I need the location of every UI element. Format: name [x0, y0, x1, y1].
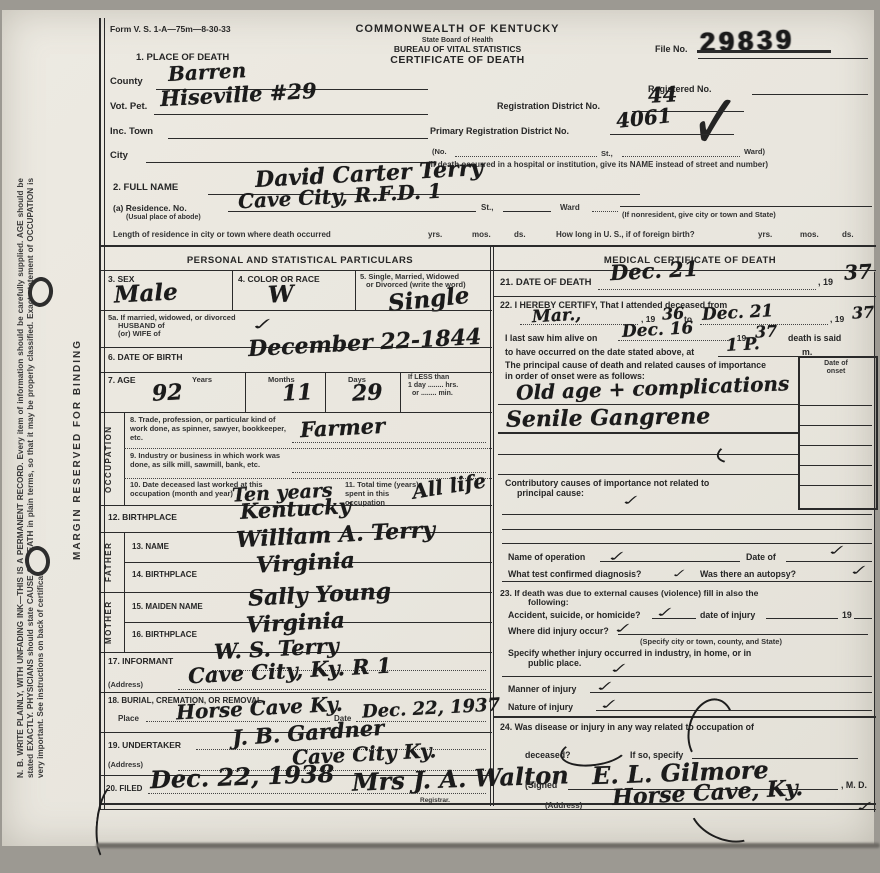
left-margin-rotated-text: N. B. WRITE PLAINLY, WITH UNFADING INK—T…: [14, 22, 106, 838]
manner-label: Manner of injury: [508, 684, 576, 694]
titles-underline: [100, 270, 876, 271]
occurred-label: to have occurred on the date stated abov…: [505, 347, 694, 357]
nonresident-note: (If nonresident, give city or town and S…: [622, 210, 776, 219]
trade-label: 8. Trade, profession, or particular kind…: [130, 415, 295, 442]
row6-bottom-line: [100, 372, 492, 373]
residence-ward-label: Ward: [560, 203, 580, 212]
manner-line: [590, 692, 872, 693]
blank-line-2: [502, 529, 872, 530]
attended-to-year: 37: [852, 302, 875, 322]
injury-date-label: date of injury: [700, 610, 755, 620]
operation-label: Name of operation: [508, 552, 585, 562]
injury-year-line: [854, 618, 872, 619]
us-mos: mos.: [800, 230, 819, 239]
specify-line: [502, 676, 872, 677]
file-no-stamp-strike: [697, 50, 831, 53]
inc-town-line: [168, 138, 428, 139]
onset-label-2: onset: [800, 368, 872, 375]
age-label: 7. AGE: [108, 375, 136, 385]
us-length-label: How long in U. S., if of foreign birth?: [556, 230, 695, 239]
city-st-line: [622, 156, 740, 157]
form-number: Form V. S. 1-A—75m—8-30-33: [110, 24, 231, 34]
father-name-label: 13. NAME: [132, 542, 169, 551]
test-row-line: [502, 581, 872, 582]
father-side-label: FATHER: [104, 534, 113, 590]
principal-cause-label-1: The principal cause of death and related…: [505, 360, 766, 370]
spouse-label-3: (or) WIFE of: [118, 329, 161, 338]
undertaker-label: 19. UNDERTAKER: [108, 740, 181, 750]
hour-value: 1 P.: [725, 334, 760, 356]
us-yrs: yrs.: [758, 230, 772, 239]
inc-town-label: Inc. Town: [110, 126, 153, 137]
residence-ward-line: [592, 211, 618, 212]
us-ds: ds.: [842, 230, 854, 239]
if-less-label-3: or ........ min.: [412, 390, 453, 397]
nonresident-line: [620, 206, 872, 207]
form-bottom-line-1: [100, 803, 876, 805]
undertaker-address-label: (Address): [108, 760, 143, 769]
vot-pet-label: Vot. Pet.: [110, 101, 147, 112]
where-injury-label: Where did injury occur?: [508, 626, 609, 636]
signed-label: (Signed: [525, 780, 557, 790]
date-of-onset-box: [798, 356, 878, 510]
onset-line-5: [800, 485, 872, 486]
specify-label-1: Specify whether injury occurred in indus…: [508, 648, 751, 658]
date-of-death-label: 21. DATE OF DEATH: [500, 277, 592, 288]
abode-note: (Usual place of abode): [126, 214, 201, 221]
row3-bottom-line: [100, 310, 492, 311]
filed-line: [148, 793, 486, 794]
father-bp-label: 14. BIRTHPLACE: [132, 570, 197, 579]
nature-label: Nature of injury: [508, 702, 573, 712]
accident-label: Accident, suicide, or homicide?: [508, 610, 640, 620]
hospital-note: (If death occurred in a hospital or inst…: [428, 160, 876, 169]
row8-divider: [124, 448, 492, 449]
race-marital-divider: [355, 270, 356, 310]
informant-address-label: (Address): [108, 680, 143, 689]
operation-line: [600, 561, 740, 562]
where-line: [618, 634, 868, 635]
onset-line-4: [800, 465, 872, 466]
father-bp-value: Virginia: [255, 547, 355, 578]
age-months-value: 11: [281, 379, 313, 407]
onset-line-3: [800, 445, 872, 446]
bureau-subtitle: BUREAU OF VITAL STATISTICS: [330, 44, 585, 54]
primary-district-line: [610, 134, 734, 135]
dob-label: 6. DATE OF BIRTH: [108, 352, 182, 362]
informant-label: 17. INFORMANT: [108, 656, 173, 666]
date-of-death-value: Dec. 21: [609, 256, 698, 286]
onset-line-2: [800, 425, 872, 426]
margin-binding-note: MARGIN RESERVED FOR BINDING: [72, 339, 83, 560]
specify-label-2: public place.: [528, 658, 581, 668]
residence-st-line: [503, 211, 551, 212]
column-divider-inner: [493, 246, 494, 806]
last-saw-label: I last saw him alive on: [505, 333, 597, 343]
occupation-inner-divider: [124, 412, 125, 505]
blank-line-3: [502, 543, 872, 544]
row17-bottom-line: [100, 692, 492, 693]
trade-value: Farmer: [299, 413, 385, 442]
commonwealth-title: COMMONWEALTH OF KENTUCKY: [330, 23, 585, 35]
file-no-line: [698, 58, 868, 59]
city-label: City: [110, 150, 128, 161]
contributory-label-2: principal cause:: [517, 488, 584, 498]
form-right-border: [874, 272, 875, 812]
if-less-label-2: 1 day ........ hrs.: [408, 382, 458, 389]
autopsy-label: Was there an autopsy?: [700, 569, 796, 579]
reg-district-label: Registration District No.: [497, 101, 600, 111]
accident-line: [652, 618, 696, 619]
file-no-label: File No.: [655, 44, 688, 54]
age-col1-divider: [245, 372, 246, 412]
external-causes-label-2: following:: [528, 597, 569, 607]
city-ward-label: Ward): [744, 147, 765, 156]
length-yrs: yrs.: [428, 230, 442, 239]
race-value: W: [267, 280, 294, 308]
occupation-side-label: OCCUPATION: [104, 414, 113, 504]
injury-date-line: [766, 618, 838, 619]
age-years-value: 92: [151, 379, 183, 407]
where-note: (Specify city or town, county, and State…: [640, 637, 782, 646]
operation-date-line: [786, 561, 872, 562]
row21-bottom-line: [494, 296, 876, 297]
operation-date-label: Date of: [746, 552, 776, 562]
hour-line: [718, 356, 798, 357]
row7-bottom-line: [100, 412, 492, 413]
burial-place-label: Place: [118, 714, 139, 723]
city-no-label: (No.: [432, 147, 447, 156]
trade-line: [292, 442, 486, 443]
column-divider-outer: [490, 246, 491, 806]
onset-label-1: Date of: [800, 360, 872, 367]
contributory-label-1: Contributory causes of importance not re…: [505, 478, 709, 488]
length-residence-label: Length of residence in city or town wher…: [113, 230, 331, 239]
dod-year-value: 37: [843, 259, 872, 284]
if-less-label-1: If LESS than: [408, 374, 449, 381]
informant-address-line: [178, 689, 486, 690]
sex-race-divider: [232, 270, 233, 310]
dod-year-prefix: , 19: [818, 277, 833, 287]
md-label: , M. D.: [841, 780, 867, 790]
city-st-label: St.,: [601, 149, 613, 158]
date-of-death-line: [598, 289, 816, 290]
scan-shadow-band: [96, 843, 880, 848]
test-label: What test confirmed diagnosis?: [508, 569, 641, 579]
industry-label: 9. Industry or business in which work wa…: [130, 451, 295, 469]
cause-of-death-2: Senile Gangrene: [506, 403, 711, 433]
attended-from-line: [520, 324, 638, 325]
county-label: County: [110, 76, 143, 87]
cause-line-4: [498, 474, 798, 475]
file-no-stamp: 29839: [699, 24, 795, 58]
primary-district-label: Primary Registration District No.: [430, 126, 569, 136]
scanned-death-certificate: N. B. WRITE PLAINLY, WITH UNFADING INK—T…: [0, 0, 880, 873]
residence-label: (a) Residence. No.: [113, 203, 187, 213]
mother-name-label: 15. MAIDEN NAME: [132, 602, 203, 611]
death-said-label: death is said: [788, 333, 841, 343]
age-years-label: Years: [192, 375, 212, 384]
onset-line-1: [800, 405, 872, 406]
signed-address-label: (Address): [545, 801, 582, 810]
margin-nb-note: N. B. WRITE PLAINLY, WITH UNFADING INK—T…: [16, 178, 46, 778]
residence-st-label: St.,: [481, 203, 493, 212]
injury-year-prefix: 19: [842, 610, 852, 620]
age-days-value: 29: [351, 379, 383, 407]
length-mos: mos.: [472, 230, 491, 239]
blank-line-1: [502, 514, 872, 515]
certificate-title: CERTIFICATE OF DEATH: [330, 54, 585, 66]
sex-value: Male: [113, 278, 178, 308]
q24-top-line: [494, 716, 876, 718]
registered-no-line: [752, 94, 868, 95]
state-board-subtitle: State Board of Health: [330, 37, 585, 44]
length-ds: ds.: [514, 230, 526, 239]
residence-line: [228, 211, 476, 212]
full-name-label: 2. FULL NAME: [113, 182, 178, 193]
last-saw-value: Dec. 16: [622, 318, 694, 342]
last-saw-line: [618, 340, 728, 341]
birthplace-label: 12. BIRTHPLACE: [108, 512, 177, 522]
to-year-prefix: , 19: [830, 314, 844, 324]
section-divider-line: [100, 245, 876, 247]
personal-section-title: PERSONAL AND STATISTICAL PARTICULARS: [130, 255, 470, 266]
nature-line: [596, 710, 872, 711]
mother-side-label: MOTHER: [104, 594, 113, 650]
age-col3-divider: [400, 372, 401, 412]
vot-pet-line: [154, 114, 428, 115]
mother-bp-label: 16. BIRTHPLACE: [132, 630, 197, 639]
age-col2-divider: [325, 372, 326, 412]
